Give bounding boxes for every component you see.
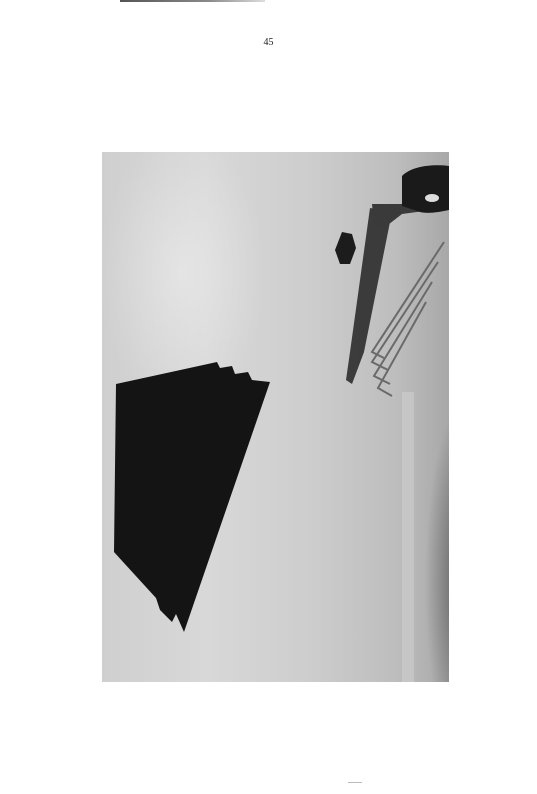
dark-fan-shape <box>114 362 270 632</box>
page-number: 45 <box>0 37 537 48</box>
hand <box>402 165 449 213</box>
photograph-content <box>102 152 449 682</box>
hex-nut <box>335 232 356 264</box>
photograph <box>102 152 449 682</box>
hand-highlight <box>425 194 439 202</box>
top-rule <box>120 0 265 2</box>
light-streak <box>402 392 414 682</box>
pleated-folds <box>372 242 444 396</box>
footer-mark <box>348 782 362 783</box>
